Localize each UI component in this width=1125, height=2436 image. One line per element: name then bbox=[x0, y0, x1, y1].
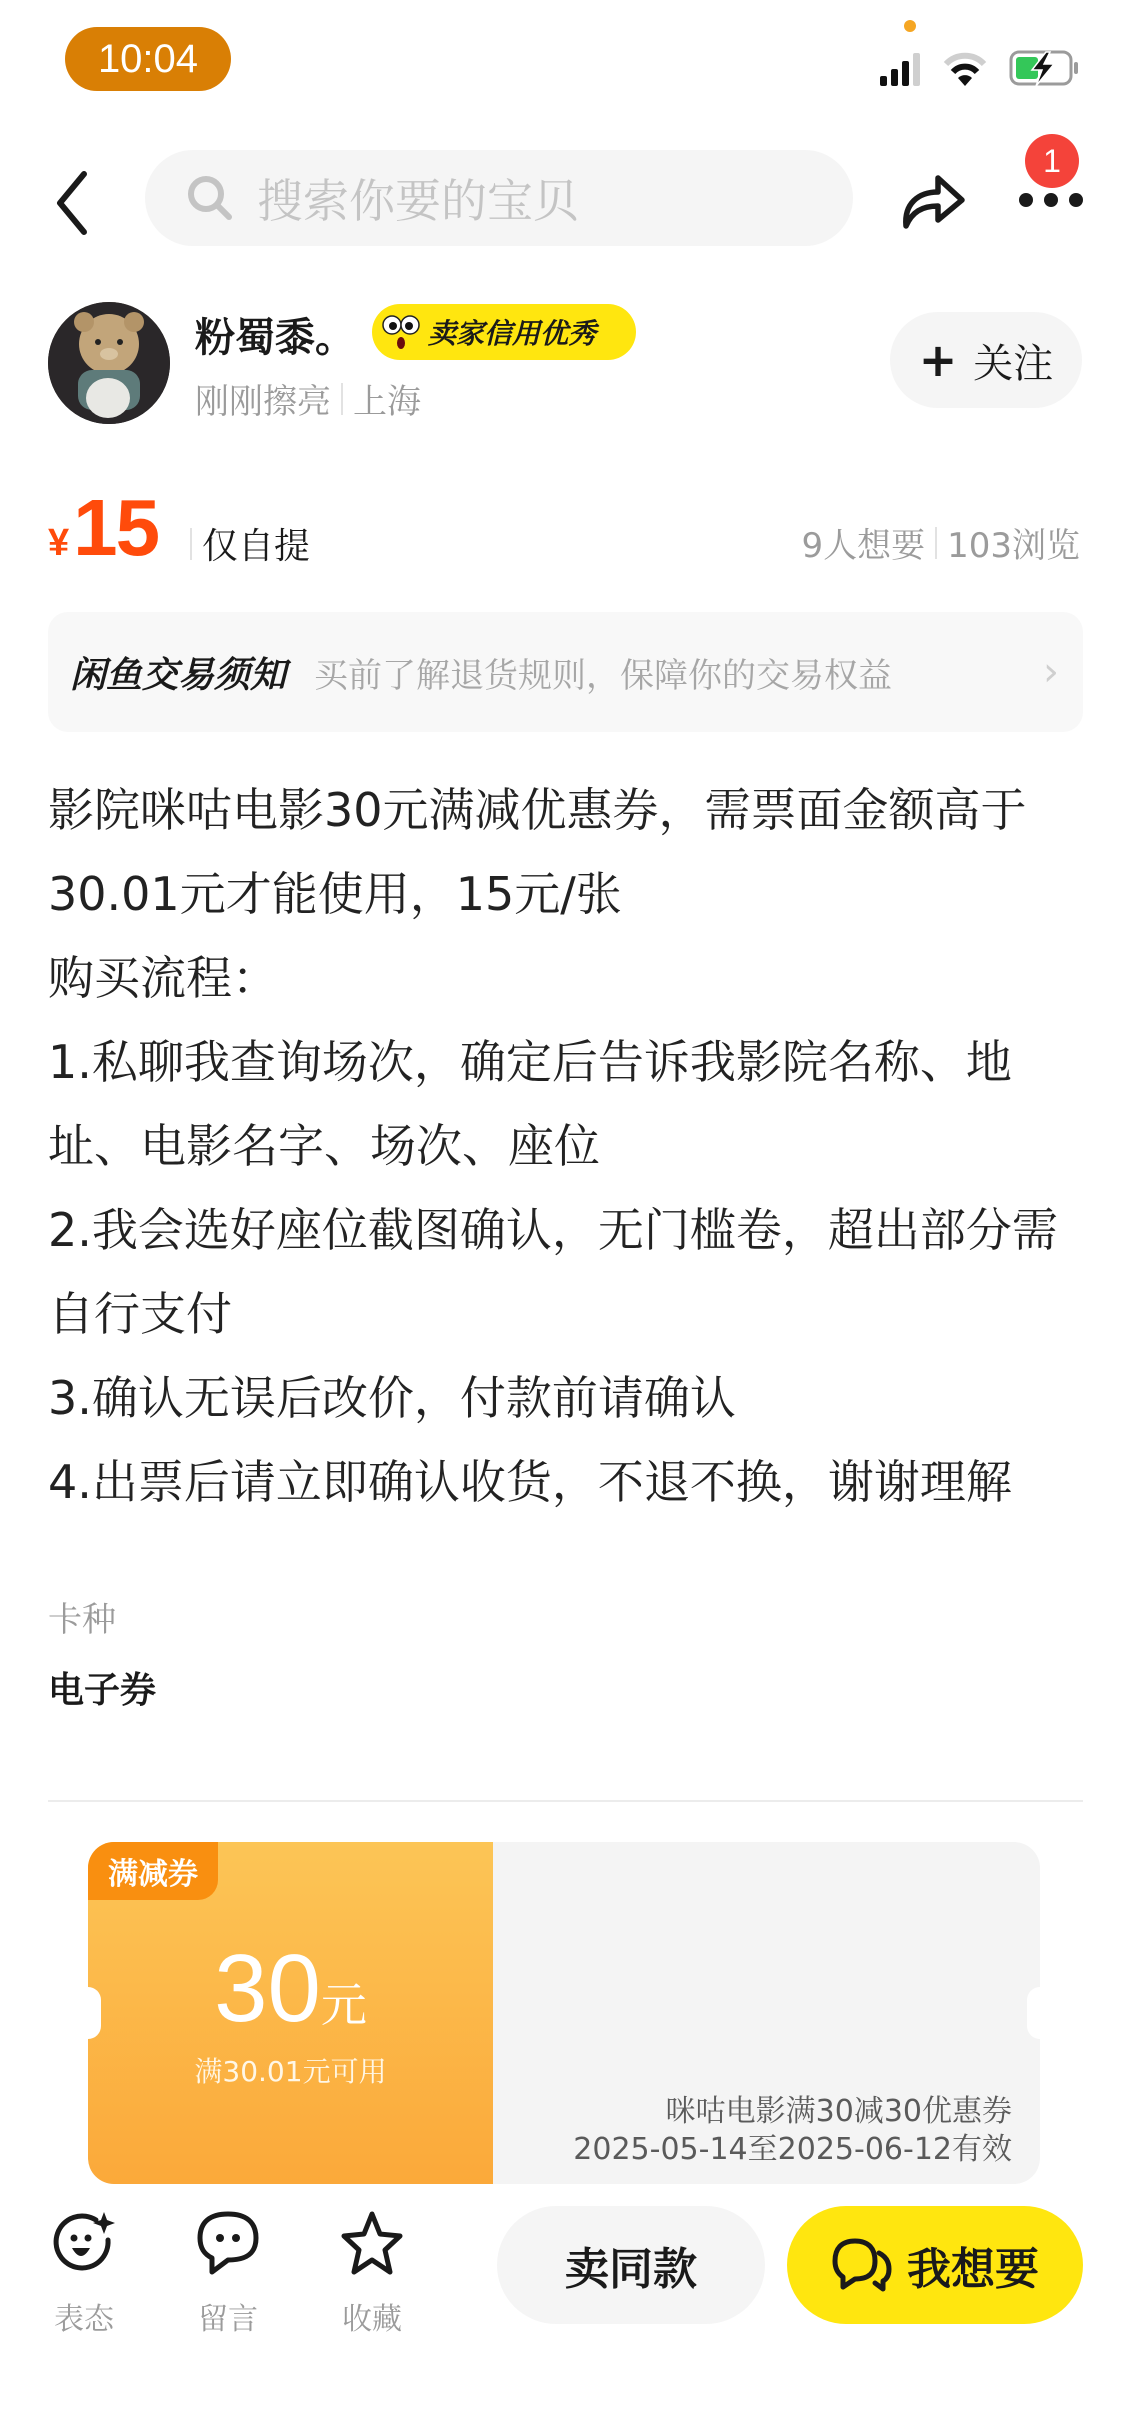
comment-button[interactable]: 留言 bbox=[178, 2210, 278, 2338]
plus-icon: + bbox=[919, 333, 958, 387]
trade-notice-banner[interactable]: 闲鱼交易须知 买前了解退货规则，保障你的交易权益 › bbox=[48, 612, 1083, 732]
credit-badge-label: 卖家信用优秀 bbox=[428, 312, 596, 352]
description-line: 影院咪咕电影30元满减优惠券，需票面金额高于30.01元才能使用，15元/张 bbox=[48, 768, 1088, 936]
coupon-amount-unit: 元 bbox=[321, 1979, 367, 2031]
follow-button[interactable]: + 关注 bbox=[890, 312, 1082, 408]
cellular-signal-icon bbox=[880, 53, 920, 86]
currency-symbol: ¥ bbox=[48, 522, 69, 565]
react-label: 表态 bbox=[54, 2294, 114, 2338]
price: ¥ 15 bbox=[48, 482, 158, 574]
notice-text: 买前了解退货规则，保障你的交易权益 bbox=[314, 648, 1043, 697]
search-input[interactable]: 搜索你要的宝贝 bbox=[145, 150, 853, 246]
favorite-button[interactable]: 收藏 bbox=[322, 2210, 422, 2338]
description-line: 2.我会选好座位截图确认，无门槛卷，超出部分需自行支付 bbox=[48, 1188, 1088, 1356]
divider bbox=[48, 1800, 1083, 1802]
want-label: 我想要 bbox=[907, 2233, 1039, 2297]
sell-same-button[interactable]: 卖同款 bbox=[497, 2206, 765, 2324]
description-line: 1.私聊我查询场次，确定后告诉我影院名称、地址、电影名字、场次、座位 bbox=[48, 1020, 1088, 1188]
fish-eyes-icon bbox=[380, 311, 422, 353]
chevron-right-icon: › bbox=[1043, 649, 1059, 695]
last-active: 刚刚擦亮 bbox=[195, 374, 331, 423]
separator bbox=[341, 383, 343, 415]
favorite-label: 收藏 bbox=[342, 2294, 402, 2338]
privacy-indicator-dot bbox=[904, 20, 916, 32]
coupon-notch bbox=[1027, 1987, 1040, 2039]
delivery-method: 仅自提 bbox=[180, 518, 310, 569]
want-count: 9人想要 bbox=[801, 518, 925, 567]
coupon-tag: 满减券 bbox=[88, 1842, 218, 1900]
status-icons bbox=[880, 48, 1090, 88]
want-button[interactable]: 我想要 bbox=[787, 2206, 1083, 2324]
notification-badge: 1 bbox=[1025, 134, 1079, 188]
notice-title: 闲鱼交易须知 bbox=[70, 647, 286, 698]
separator bbox=[190, 528, 192, 560]
coupon-amount: 30元 bbox=[88, 1934, 493, 2044]
react-button[interactable]: 表态 bbox=[34, 2210, 134, 2338]
chat-bubbles-icon bbox=[831, 2237, 893, 2293]
seller-avatar[interactable] bbox=[48, 302, 170, 424]
coupon-amount-number: 30 bbox=[214, 1935, 321, 2042]
seller-meta: 刚刚擦亮 上海 bbox=[195, 374, 421, 423]
coupon-notch bbox=[88, 1987, 101, 2039]
follow-label: 关注 bbox=[973, 332, 1053, 389]
seller-location: 上海 bbox=[353, 374, 421, 423]
delivery-label: 仅自提 bbox=[202, 518, 310, 569]
search-placeholder: 搜索你要的宝贝 bbox=[257, 165, 579, 231]
comment-label: 留言 bbox=[198, 2294, 258, 2338]
price-amount: 15 bbox=[73, 482, 158, 574]
coupon-image[interactable]: 满减券 30元 满30.01元可用 咪咕电影满30减30优惠券 2025-05-… bbox=[88, 1842, 1040, 2184]
wifi-icon bbox=[946, 56, 984, 86]
coupon-condition: 满30.01元可用 bbox=[88, 2050, 493, 2090]
coupon-validity: 2025-05-14至2025-06-12有效 bbox=[573, 2124, 1012, 2168]
description-line: 购买流程： bbox=[48, 936, 1088, 1020]
share-icon[interactable] bbox=[898, 168, 968, 230]
battery-charging-icon bbox=[1011, 52, 1078, 86]
more-icon[interactable] bbox=[1018, 190, 1084, 210]
teddy-bear-photo bbox=[48, 302, 170, 424]
sell-same-label: 卖同款 bbox=[565, 2233, 697, 2297]
status-time: 10:04 bbox=[65, 27, 231, 91]
search-icon bbox=[185, 173, 235, 223]
comment-bubble-icon bbox=[196, 2210, 260, 2276]
seller-name[interactable]: 粉蜀黍。 bbox=[195, 306, 355, 363]
item-stats: 9人想要 103浏览 bbox=[801, 518, 1080, 567]
star-icon bbox=[340, 2210, 404, 2276]
description-line: 4.出票后请立即确认收货，不退不换，谢谢理解 bbox=[48, 1440, 1088, 1524]
view-count: 103浏览 bbox=[947, 518, 1080, 567]
seller-credit-badge[interactable]: 卖家信用优秀 bbox=[372, 304, 636, 360]
item-description: 影院咪咕电影30元满减优惠券，需票面金额高于30.01元才能使用，15元/张 购… bbox=[48, 768, 1088, 1524]
separator bbox=[935, 527, 937, 559]
card-type-value: 电子券 bbox=[48, 1662, 156, 1713]
card-type-label: 卡种 bbox=[48, 1592, 116, 1641]
description-line: 3.确认无误后改价，付款前请确认 bbox=[48, 1356, 1088, 1440]
emoji-sparkle-icon bbox=[52, 2210, 116, 2276]
back-icon[interactable] bbox=[48, 168, 98, 238]
